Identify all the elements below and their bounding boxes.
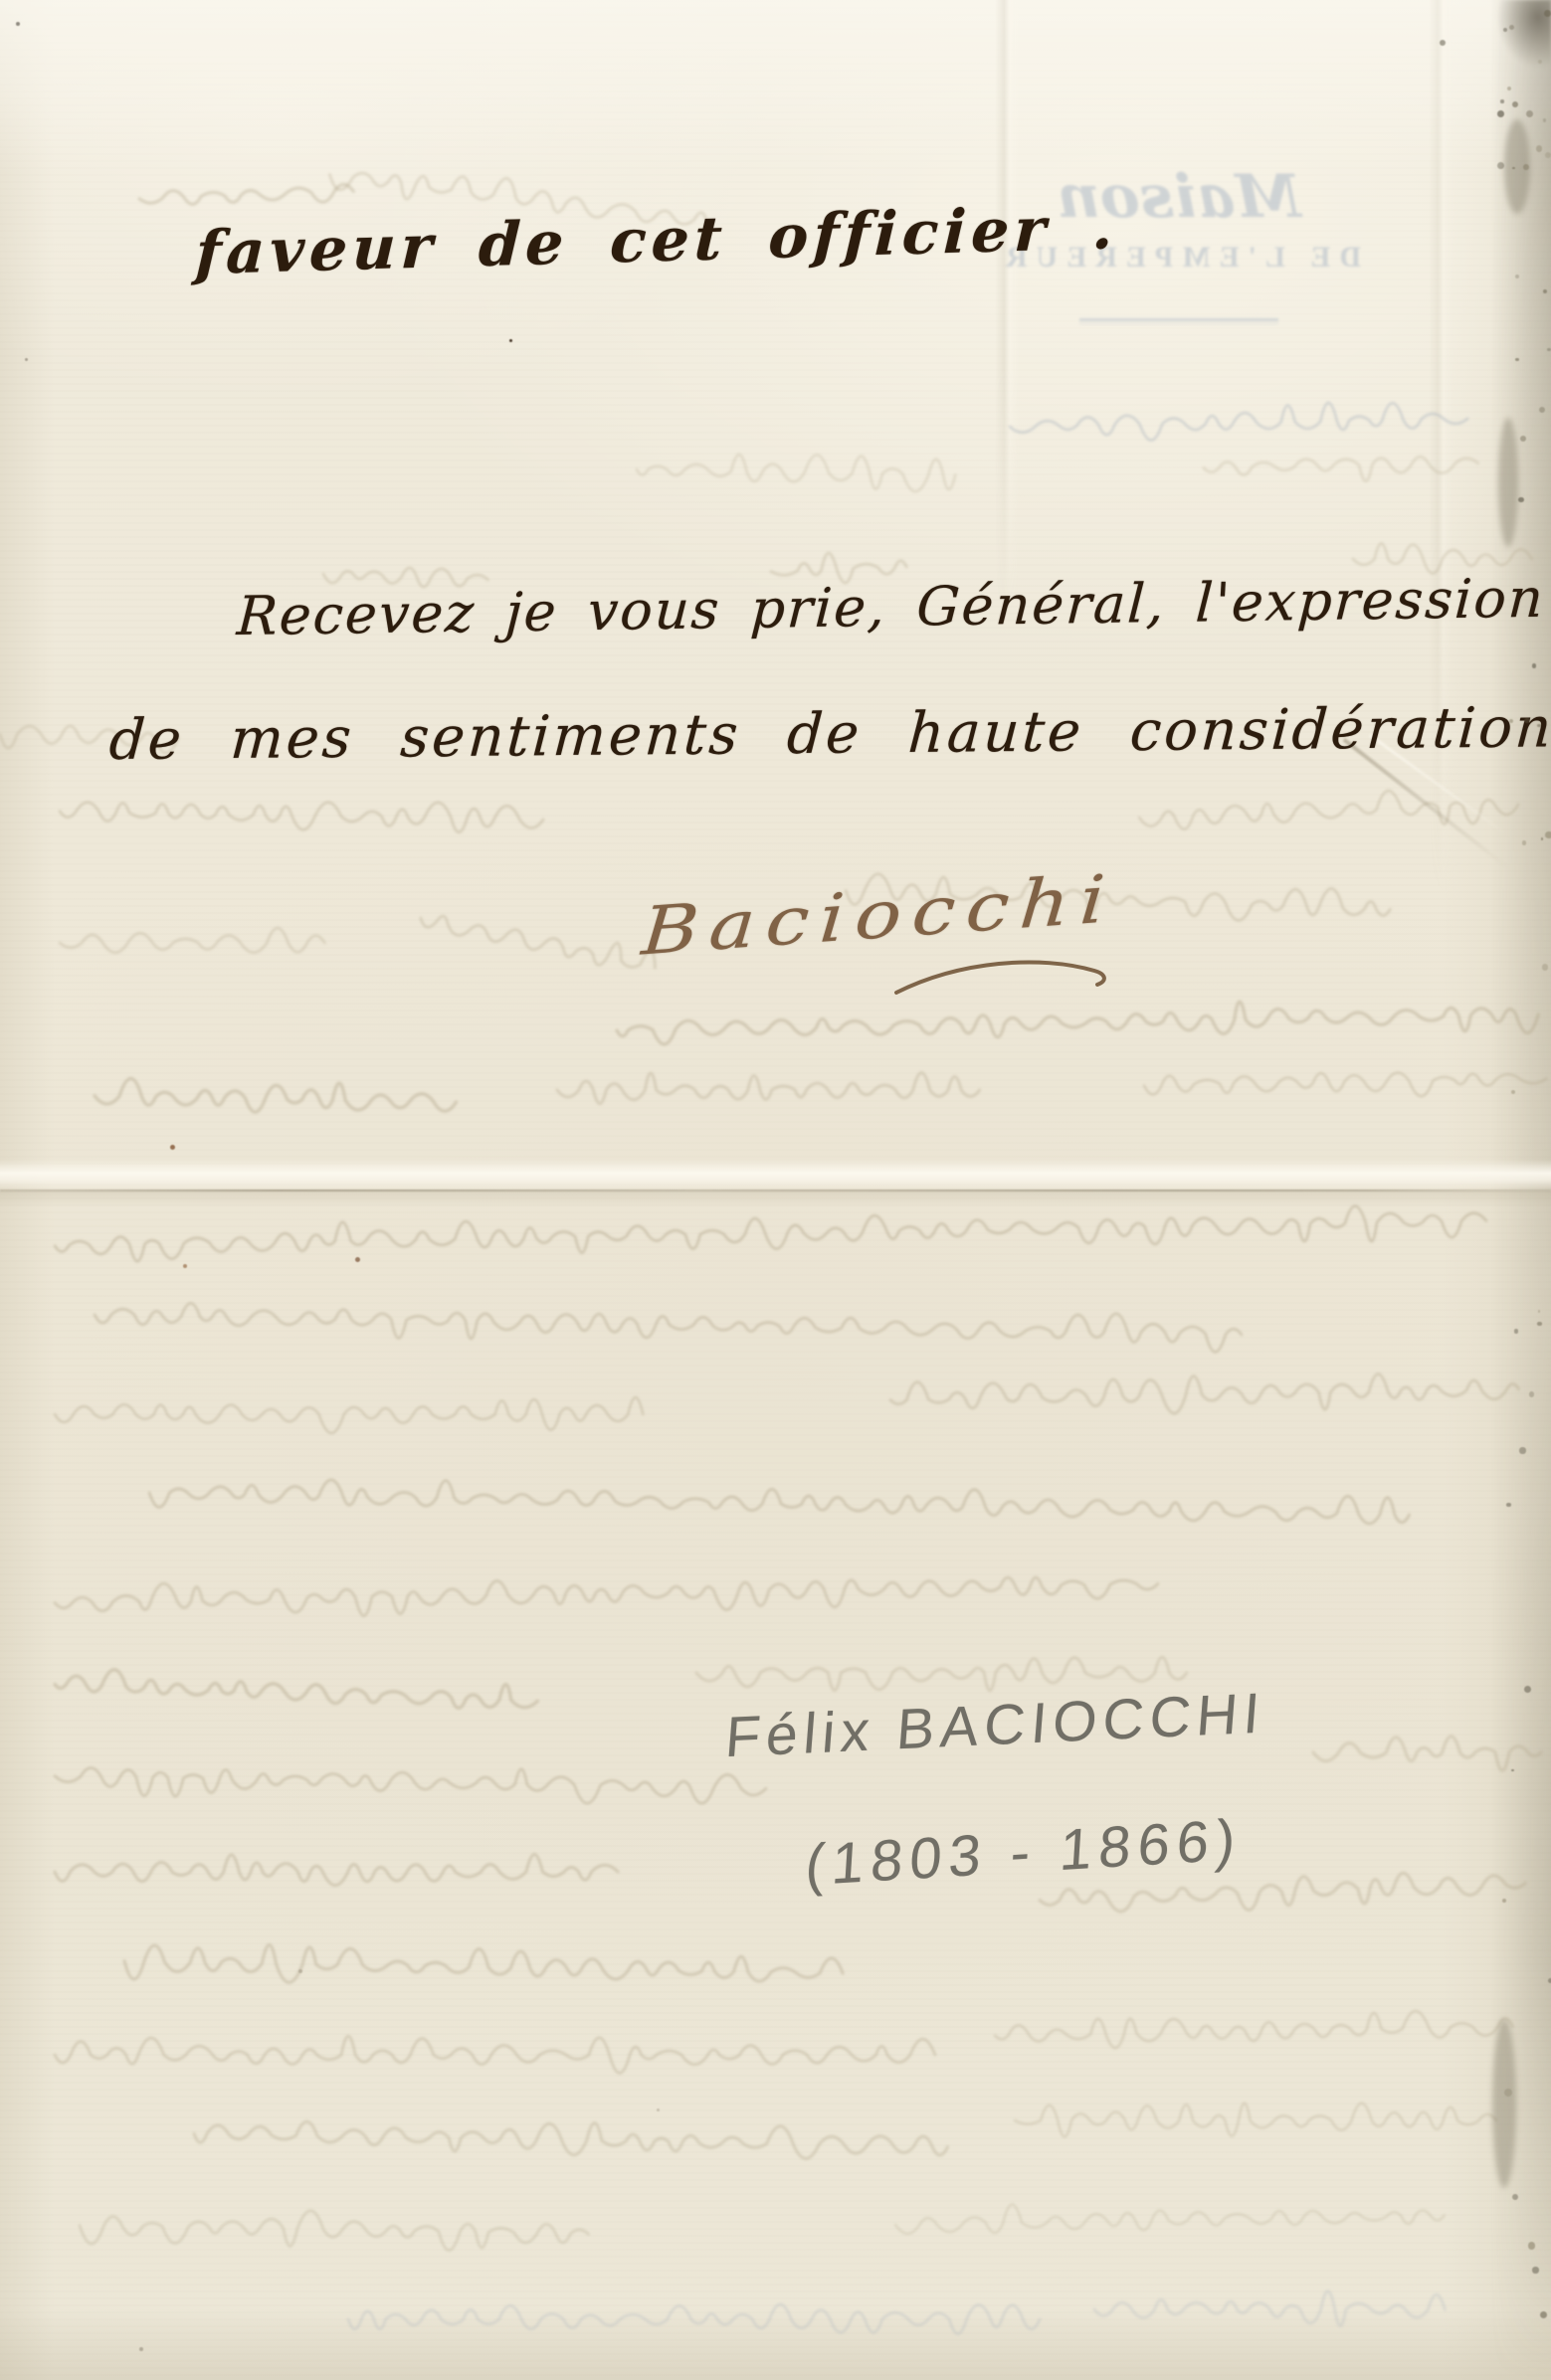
bleedthrough-line: [1015, 2091, 1502, 2150]
paper-speck: [657, 2108, 660, 2111]
bleedthrough-line: [149, 1463, 1424, 1545]
bleedthrough-line: [55, 1554, 1160, 1632]
paper-speck: [139, 2347, 143, 2351]
bleedthrough-line: [55, 1842, 622, 1902]
bleedthrough-line: [194, 2104, 961, 2176]
bleedthrough-line: [995, 1996, 1523, 2065]
bleedthrough-line: [60, 913, 328, 973]
fold-crease-shadow: [0, 1191, 1551, 1207]
bleedthrough-line: [124, 1931, 852, 2004]
top-right-corner-stain: [1478, 0, 1551, 95]
vertical-crease: [995, 0, 1019, 617]
paper-speck: [298, 1969, 302, 1973]
bleedthrough-line: [55, 1746, 772, 1819]
bleedthrough-line: [54, 1654, 543, 1731]
bleedthrough-line: [1138, 774, 1538, 847]
paper-speck: [170, 1145, 175, 1150]
annotation-faveur: faveur de cet officier .: [194, 193, 1119, 288]
fold-crease-highlight: [0, 1160, 1551, 1190]
signature-flourish: [890, 953, 1119, 1007]
bleedthrough-line: [1010, 389, 1468, 457]
pencil-note-name: Félix BACIOCCHI: [723, 1680, 1267, 1770]
paper-speck: [16, 22, 20, 26]
letter-page: Maison DE L'EMPEREUR faveur de cet offic…: [0, 0, 1551, 2380]
bleedthrough-line: [557, 1060, 985, 1120]
closing-line-1: Recevez je vous prie, Général, l'express…: [235, 567, 1546, 647]
paper-speck: [355, 1257, 360, 1262]
bleedthrough-line: [60, 782, 558, 850]
bleedthrough-line: [95, 1066, 464, 1132]
letterhead-rule: [1079, 318, 1278, 324]
bleedthrough-line: [55, 1384, 662, 1444]
paper-speck: [509, 339, 512, 342]
bleedthrough-line: [80, 2195, 598, 2264]
closing-line-2: de mes sentiments de haute considération…: [107, 695, 1551, 773]
bleedthrough-line: [895, 2185, 1454, 2255]
bleedthrough-line: [55, 2025, 950, 2085]
pencil-note-dates: (1803 - 1866): [804, 1806, 1245, 1899]
bleedthrough-line: [637, 440, 976, 505]
bleedthrough-line: [1094, 2280, 1453, 2339]
bleedthrough-line: [890, 1359, 1538, 1429]
paper-speck: [25, 358, 28, 361]
paper-speck: [183, 1264, 187, 1268]
bleedthrough-line: [95, 1285, 1250, 1365]
bleedthrough-line: [348, 2289, 1045, 2349]
